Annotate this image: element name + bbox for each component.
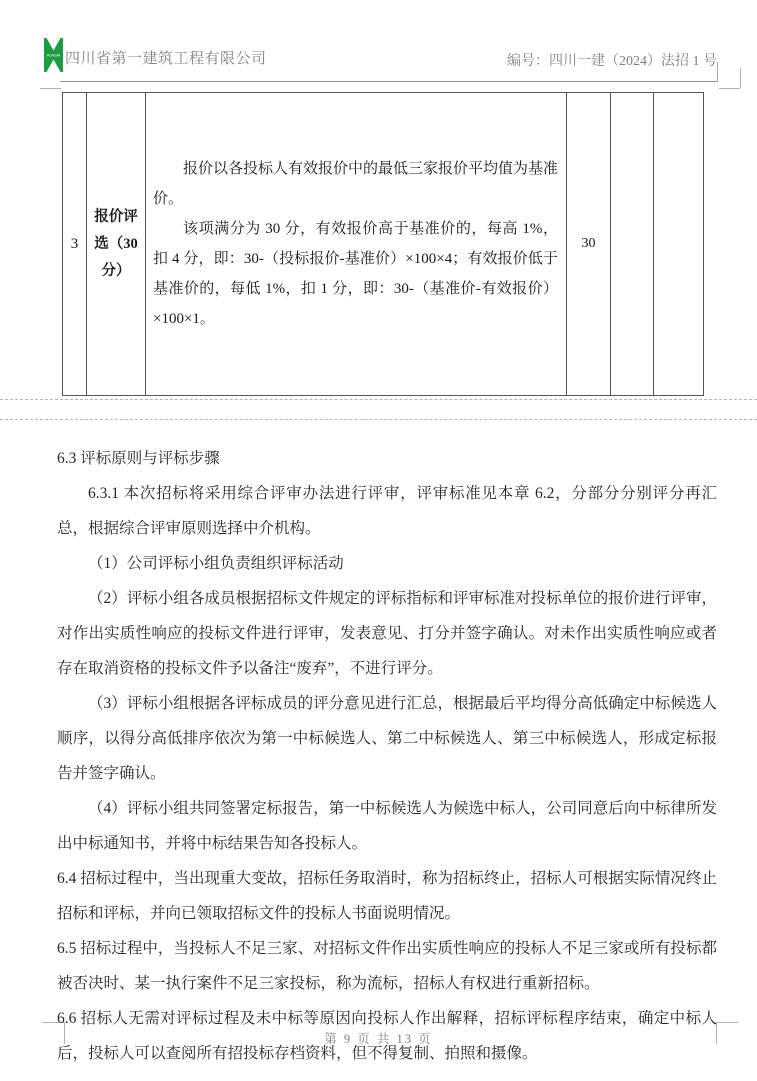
evaluation-table: 3 报价评选（30分） 报价以各投标人有效报价中的最低三家报价平均值为基准价。 …: [62, 92, 704, 396]
huashi-logo-icon: HUASHI: [44, 38, 63, 72]
page-break-dashed-line: [0, 399, 757, 400]
page-footer: 第 9 页 共 13 页: [0, 1029, 757, 1047]
table-cell-empty: [654, 93, 704, 396]
body-paragraph: （3）评标小组根据各评标成员的评分意见进行汇总，根据最后平均得分高低确定中标候选…: [57, 686, 717, 791]
document-page: HUASHI 四川省第一建筑工程有限公司 编号：四川一建（2024）法招 1 号…: [0, 0, 757, 1081]
table-cell-description: 报价以各投标人有效报价中的最低三家报价平均值为基准价。 该项满分为 30 分，有…: [146, 93, 567, 396]
header-boundary-tick: [717, 62, 718, 82]
body-text: 6.3 评标原则与评标步骤6.3.1 本次招标将采用综合评审办法进行评审，评审标…: [57, 441, 717, 1071]
description-paragraph: 该项满分为 30 分，有效报价高于基准价的，每高 1%，扣 4 分，即：30-（…: [153, 214, 558, 334]
page-number: 第 9 页 共 13 页: [324, 1032, 432, 1046]
body-paragraph: 6.3.1 本次招标将采用综合评审办法进行评审，评审标准见本章 6.2，分部分分…: [57, 476, 717, 546]
body-paragraph: （1）公司评标小组负责组织评标活动: [57, 546, 717, 581]
page-break-dashed-line: [0, 419, 757, 420]
body-paragraph: 6.5 招标过程中，当投标人不足三家、对招标文件作出实质性响应的投标人不足三家或…: [57, 931, 717, 1001]
header-rule: [60, 81, 718, 82]
table-cell-row-number: 3: [63, 93, 87, 396]
table-cell-item-label: 报价评选（30分）: [87, 93, 146, 396]
body-paragraph: 6.3 评标原则与评标步骤: [57, 441, 717, 476]
table-row: 3 报价评选（30分） 报价以各投标人有效报价中的最低三家报价平均值为基准价。 …: [63, 93, 704, 396]
svg-text:HUASHI: HUASHI: [47, 54, 61, 58]
company-name: 四川省第一建筑工程有限公司: [65, 47, 267, 68]
table-cell-score: 30: [567, 93, 611, 396]
table-cell-empty: [611, 93, 654, 396]
body-paragraph: 6.4 招标过程中，当出现重大变故，招标任务取消时，称为招标终止，招标人可根据实…: [57, 861, 717, 931]
description-paragraph: 报价以各投标人有效报价中的最低三家报价平均值为基准价。: [153, 154, 558, 214]
document-number: 编号：四川一建（2024）法招 1 号: [507, 50, 717, 70]
body-paragraph: （2）评标小组各成员根据招标文件规定的评标指标和评审标准对投标单位的报价进行评审…: [57, 581, 717, 686]
body-paragraph: （4）评标小组共同签署定标报告，第一中标候选人为候选中标人，公司同意后向中标律所…: [57, 791, 717, 861]
